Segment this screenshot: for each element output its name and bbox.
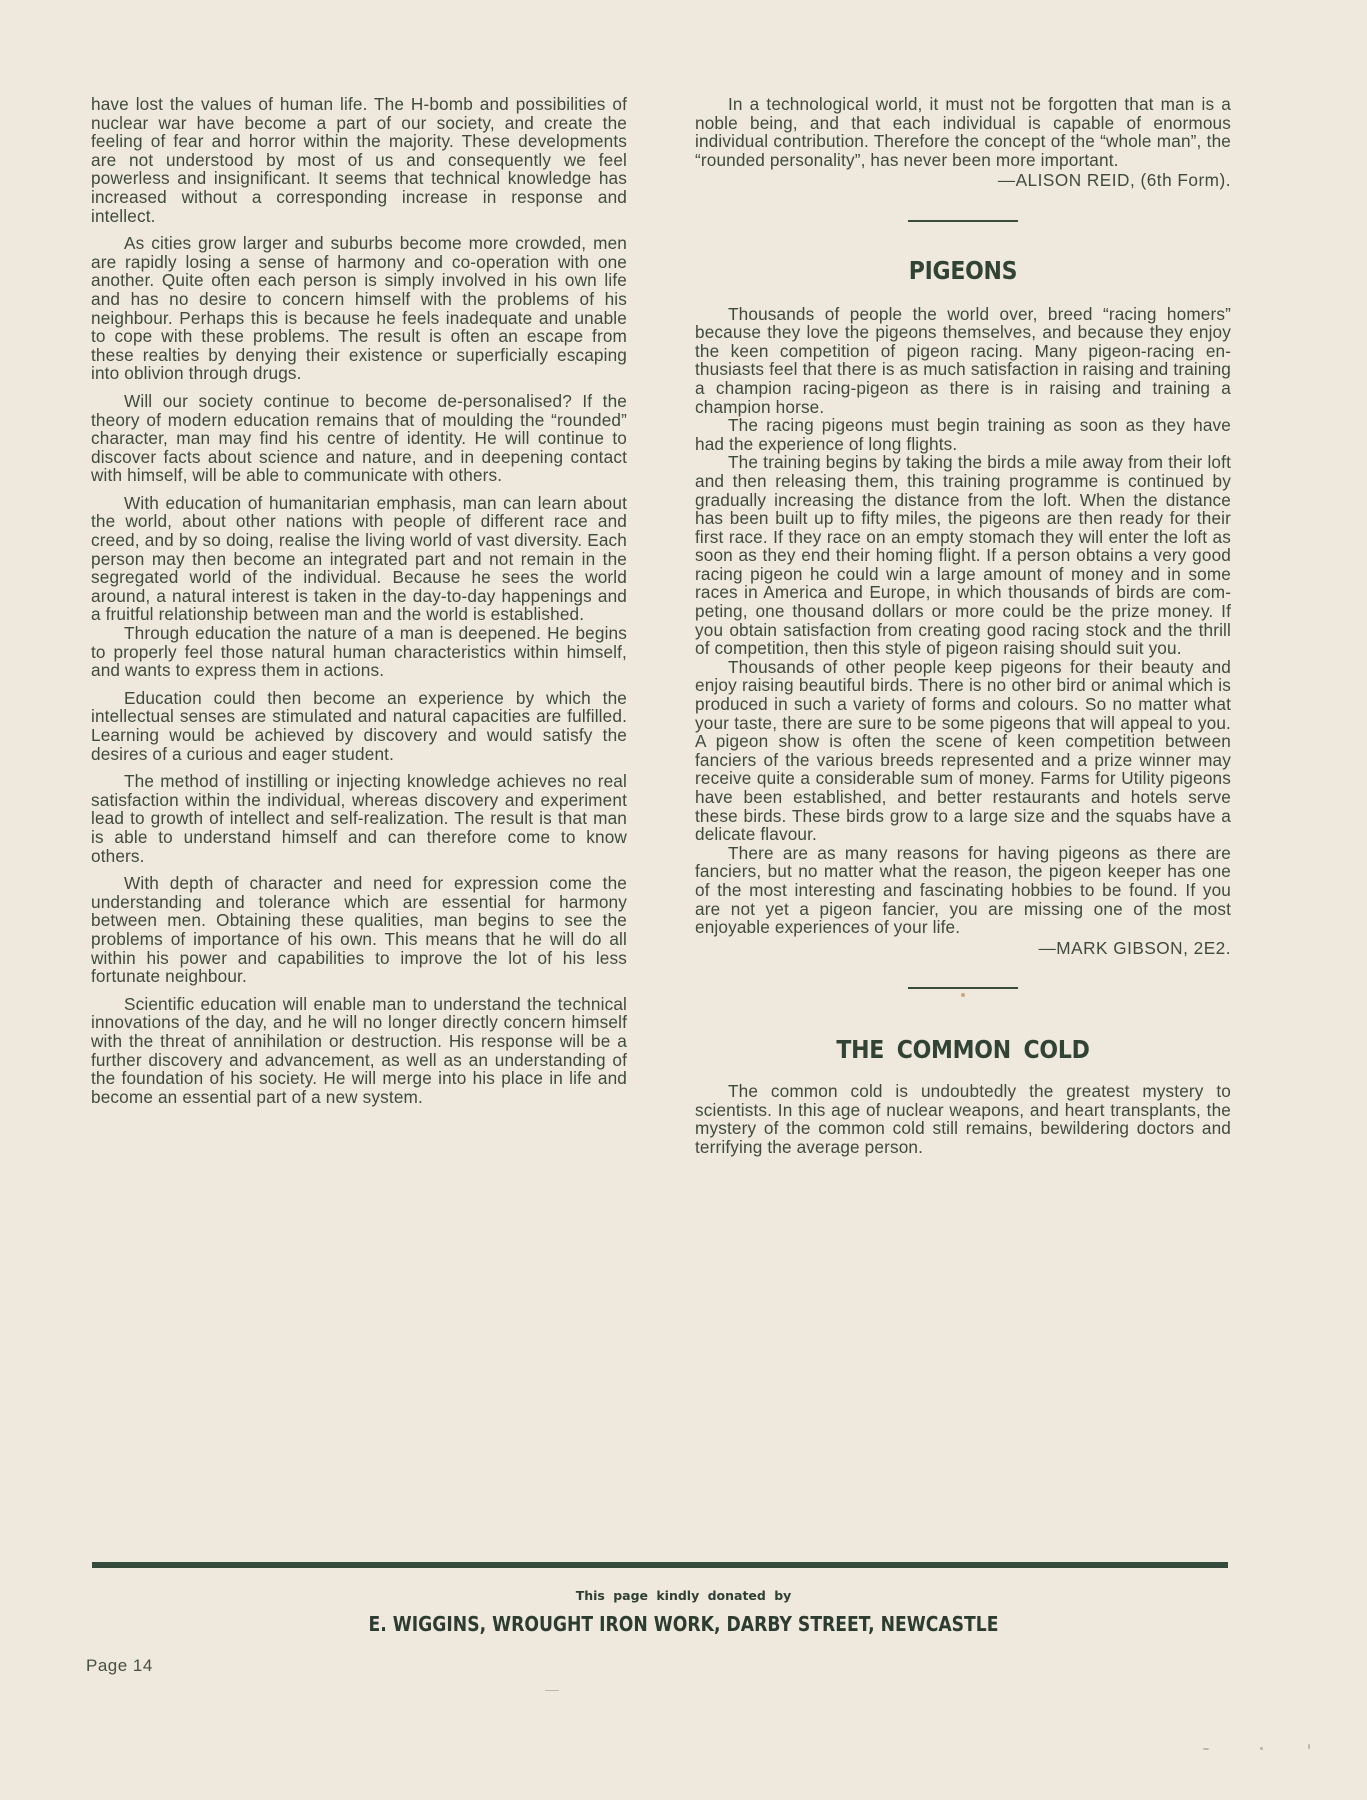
left-column: have lost the values of human life. The … xyxy=(91,95,627,1106)
article-paragraph: Will our society continue to become de-p… xyxy=(91,392,627,485)
pigeons-article: PIGEONS Thousands of people the world ov… xyxy=(695,262,1231,957)
article-paragraph: The common cold is undoubtedly the great… xyxy=(695,1082,1231,1156)
article-paragraph: In a technological world, it must not be… xyxy=(695,95,1231,169)
common-cold-article: THE COMMON COLD The common cold is undou… xyxy=(695,1041,1231,1156)
article-paragraph: There are as many reasons for having pig… xyxy=(695,844,1231,937)
section-divider xyxy=(908,220,1018,222)
byline-mark-gibson: —MARK GIBSON, 2E2. xyxy=(695,939,1231,958)
article-paragraph: The training begins by taking the birds … xyxy=(695,453,1231,658)
ink-speck xyxy=(961,993,965,997)
byline-alison-reid: —ALISON REID, (6th Form). xyxy=(695,171,1231,190)
article-paragraph: Scientific education will enable man to … xyxy=(91,995,627,1107)
article-paragraph: have lost the values of human life. The … xyxy=(91,95,627,225)
article-paragraph: Education could then become an experienc… xyxy=(91,689,627,763)
sponsor-name: E. WIGGINS, WROUGHT IRON WORK, DARBY STR… xyxy=(96,1612,1272,1636)
education-article-end: In a technological world, it must not be… xyxy=(695,95,1231,190)
article-paragraph: Thousands of people the world over, bree… xyxy=(695,305,1231,417)
article-paragraph: With education of humanitarian emphasis,… xyxy=(91,494,627,624)
article-paragraph: The method of instilling or injecting kn… xyxy=(91,772,627,865)
article-paragraph: Through education the nature of a man is… xyxy=(91,624,627,680)
article-title-common-cold: THE COMMON COLD xyxy=(727,1041,1199,1060)
paper-speck xyxy=(545,1690,559,1691)
article-paragraph: As cities grow larger and suburbs become… xyxy=(91,234,627,383)
paper-speck xyxy=(1308,1744,1310,1749)
page-number: Page 14 xyxy=(86,1656,153,1676)
footer-rule xyxy=(92,1562,1228,1568)
donation-credit: This page kindly donated by xyxy=(0,1588,1367,1603)
article-paragraph: Thousands of other people keep pigeons f… xyxy=(695,658,1231,844)
article-paragraph: With depth of character and need for exp… xyxy=(91,874,627,986)
section-divider xyxy=(908,987,1018,989)
article-paragraph: The racing pigeons must begin training a… xyxy=(695,416,1231,453)
paper-speck xyxy=(1260,1747,1263,1750)
article-title-pigeons: PIGEONS xyxy=(727,262,1199,281)
paper-speck xyxy=(1203,1748,1209,1750)
right-column: In a technological world, it must not be… xyxy=(695,95,1231,1156)
